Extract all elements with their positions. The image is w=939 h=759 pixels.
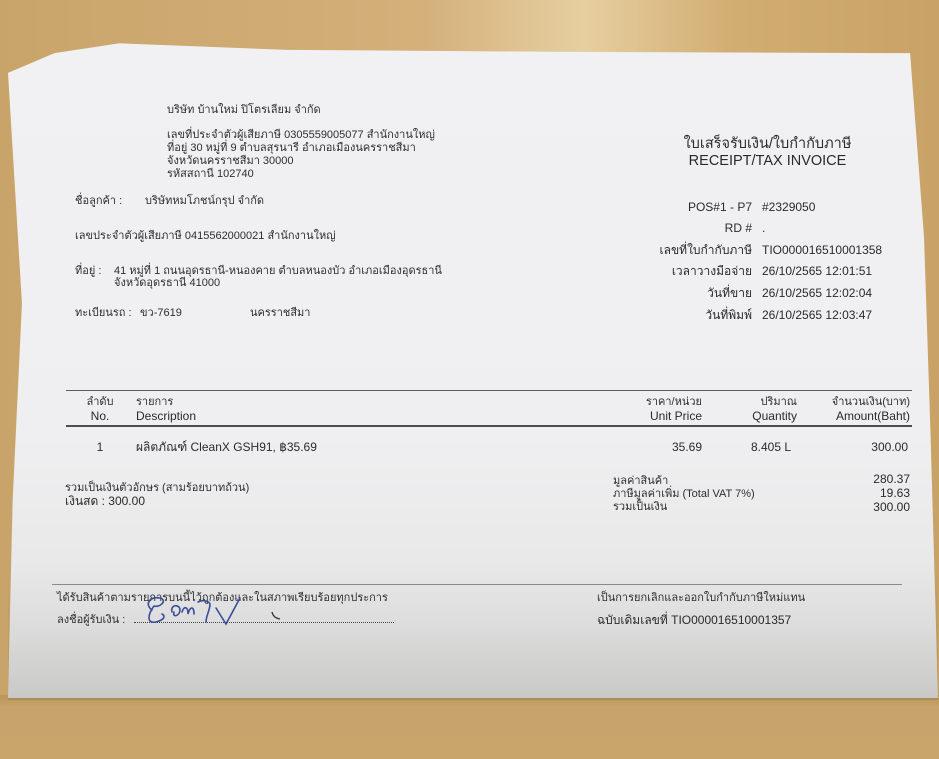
customer-address-line2: จังหวัดอุดรธานี 41000 xyxy=(114,276,220,291)
row-quantity: 8.405 L xyxy=(751,440,791,455)
sale-date-label: วันที่ขาย xyxy=(600,286,752,301)
pen-mark xyxy=(270,610,282,622)
nozzle-time: 26/10/2565 12:01:51 xyxy=(762,264,872,279)
row-no: 1 xyxy=(82,440,118,455)
desk-surface xyxy=(0,695,939,759)
header-price-th: ราคา/หน่วย xyxy=(600,395,702,410)
footer-rule xyxy=(52,584,902,585)
subtotal-value: 280.37 xyxy=(800,472,910,487)
customer-address-label: ที่อยู่ : xyxy=(75,264,101,279)
header-desc-en: Description xyxy=(136,409,196,424)
header-amount-th: จำนวนเงิน(บาท) xyxy=(800,395,910,410)
title-english: RECEIPT/TAX INVOICE xyxy=(650,153,885,170)
row-unit-price: 35.69 xyxy=(600,440,702,455)
pos-number: #2329050 xyxy=(762,200,815,215)
nozzle-time-label: เวลาวางมือจ่าย xyxy=(600,264,752,279)
rd-label: RD # xyxy=(600,221,752,236)
signature-label: ลงชื่อผู้รับเงิน : xyxy=(57,613,125,628)
plate-number: ขว-7619 xyxy=(140,306,182,321)
row-description: ผลิตภัณฑ์ CleanX GSH91, ฿35.69 xyxy=(136,440,317,455)
table-top-rule xyxy=(66,390,912,391)
invoice-no-label: เลขที่ใบกำกับภาษี xyxy=(600,243,752,258)
header-qty-en: Quantity xyxy=(720,409,797,424)
total-value: 300.00 xyxy=(800,500,910,515)
header-qty-th: ปริมาณ xyxy=(720,395,797,410)
row-amount: 300.00 xyxy=(800,440,908,455)
table-header-rule xyxy=(66,425,912,427)
header-no-en: No. xyxy=(82,409,118,424)
original-invoice-ref: ฉบับเดิมเลขที่ TIO000016510001357 xyxy=(597,613,791,628)
cash-paid: เงินสด : 300.00 xyxy=(65,494,145,509)
header-no-th: ลำดับ xyxy=(82,395,118,410)
replacement-note: เป็นการยกเลิกและออกใบกำกับภาษีใหม่แทน xyxy=(597,591,805,606)
customer-name-label: ชื่อลูกค้า : xyxy=(75,194,122,209)
header-price-en: Unit Price xyxy=(600,409,702,424)
header-amount-en: Amount(Baht) xyxy=(800,409,910,424)
station-code: รหัสสถานี 102740 xyxy=(167,167,254,182)
handwritten-signature xyxy=(140,592,270,628)
pos-label: POS#1 - P7 xyxy=(600,200,752,215)
seller-company-name: บริษัท บ้านใหม่ ปิโตรเลียม จำกัด xyxy=(167,103,321,118)
sale-date: 26/10/2565 12:02:04 xyxy=(762,286,872,301)
print-date: 26/10/2565 12:03:47 xyxy=(762,308,872,323)
plate-label: ทะเบียนรถ : xyxy=(75,306,132,321)
customer-tax-id: เลขประจำตัวผู้เสียภาษี 0415562000021 สำน… xyxy=(75,229,336,244)
title-thai: ใบเสร็จรับเงิน/ใบกำกับภาษี xyxy=(650,136,885,153)
invoice-no: TIO000016510001358 xyxy=(762,243,882,258)
total-label: รวมเป็นเงิน xyxy=(613,500,667,515)
rd-value: . xyxy=(762,221,765,236)
header-desc-th: รายการ xyxy=(136,395,173,410)
plate-province: นครราชสีมา xyxy=(250,306,310,321)
customer-name: บริษัทหมโภชน์กรุป จำกัด xyxy=(145,194,264,209)
print-date-label: วันที่พิมพ์ xyxy=(600,308,752,323)
vat-value: 19.63 xyxy=(800,486,910,501)
